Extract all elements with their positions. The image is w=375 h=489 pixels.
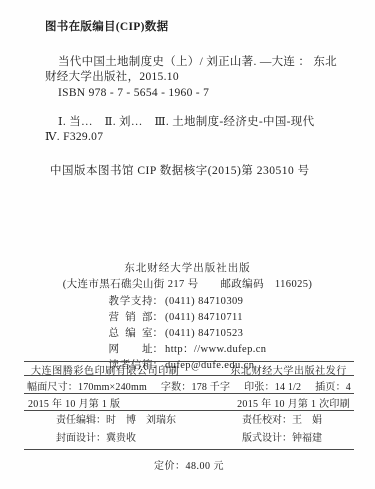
staff-row-editors: 责任编辑：时 博 刘瑞东 责任校对：王 娟 (56, 414, 322, 427)
cip-block: 图书在版编目(CIP)数据 当代中国土地制度史（上）/ 刘正山著. —大连 ： … (45, 20, 359, 179)
staff-label: 封面设计： (56, 433, 106, 444)
spec-inserts: 插页：4 (315, 378, 351, 393)
spec-sheets: 印张：14 1/2 (244, 378, 301, 393)
cip-classification-line2: Ⅳ. F329.07 (45, 130, 359, 145)
distributor-name: 东北财经大学出版社发行 (230, 362, 347, 377)
cip-header: 图书在版编目(CIP)数据 (45, 20, 359, 35)
publisher-address: (大连市黑石礁尖山街 217 号 邮政编码 116025) (0, 277, 375, 292)
spec-dimensions: 幅面尺寸：170mm×240mm (27, 378, 147, 393)
contact-label: 总编室 (109, 326, 153, 342)
publisher-block: 东北财经大学出版社出版 (大连市黑石礁尖山街 217 号 邮政编码 116025… (0, 261, 375, 374)
staff-label: 版式设计： (242, 433, 292, 444)
contact-value: (0411) 84710523 (165, 328, 243, 339)
edition-info: 2015 年 10 月第 1 版 (28, 395, 120, 410)
contact-label: 营销部 (109, 310, 153, 326)
printer-name: 大连图腾彩色印刷有限公司印刷 (31, 362, 179, 377)
printing-info: 2015 年 10 月第 1 次印刷 (237, 395, 350, 410)
book-copyright-page: 图书在版编目(CIP)数据 当代中国土地制度史（上）/ 刘正山著. —大连 ： … (0, 0, 375, 489)
staff-row-designers: 封面设计：冀贵收 版式设计：钟福建 (56, 432, 322, 445)
cip-record-number: 中国版本图书馆 CIP 数据核字(2015)第 230510 号 (45, 164, 359, 179)
contact-label: 网址 (109, 342, 153, 358)
staff-value: 钟福建 (292, 433, 322, 444)
contact-colon: ： (153, 294, 164, 310)
contact-row-marketing: 营销部：(0411) 84710711 (109, 310, 267, 326)
contact-row-editorial-office: 总编室：(0411) 84710523 (109, 326, 267, 342)
cip-classification-line1: Ⅰ. 当… Ⅱ. 刘… Ⅲ. 土地制度-经济史-中国-现代 (45, 115, 359, 130)
contact-row-website: 网址：http：//www.dufep.cn (109, 342, 267, 358)
print-specs-row: 幅面尺寸：170mm×240mm 字数：178 千字 印张：14 1/2 插页：… (24, 376, 354, 393)
edition-row: 2015 年 10 月第 1 版 2015 年 10 月第 1 次印刷 (24, 394, 354, 410)
cover-designer: 封面设计：冀贵收 (56, 432, 136, 445)
publisher-imprint: 东北财经大学出版社出版 (0, 261, 375, 276)
contact-colon: ： (153, 342, 164, 358)
layout-designer: 版式设计：钟福建 (242, 432, 322, 445)
staff-value: 时 博 刘瑞东 (106, 415, 176, 426)
staff-value: 冀贵收 (106, 433, 136, 444)
contact-colon: ： (153, 326, 164, 342)
contact-label: 教学支持 (109, 294, 153, 310)
responsible-proofreader: 责任校对：王 娟 (242, 414, 322, 427)
staff-label: 责任编辑： (56, 415, 106, 426)
price-line: 定价：48.00 元 (24, 457, 354, 472)
contact-colon: ： (153, 310, 164, 326)
colophon-table: 大连图腾彩色印刷有限公司印刷 东北财经大学出版社发行 幅面尺寸：170mm×24… (24, 361, 354, 472)
cip-title-line1: 当代中国土地制度史（上）/ 刘正山著. —大连 ： 东北 (45, 55, 359, 70)
spec-word-count: 字数：178 千字 (161, 378, 230, 393)
contact-value: (0411) 84710711 (165, 312, 243, 323)
staff-label: 责任校对： (242, 415, 292, 426)
website-url: http：//www.dufep.cn (165, 344, 266, 355)
contact-value: (0411) 84710309 (165, 296, 243, 307)
cip-title-line2: 财经大学出版社，2015.10 (45, 70, 359, 85)
isbn-line: ISBN 978 - 7 - 5654 - 1960 - 7 (45, 86, 359, 101)
responsible-editor: 责任编辑：时 博 刘瑞东 (56, 414, 176, 427)
staff-value: 王 娟 (292, 415, 322, 426)
horizontal-rule (24, 449, 354, 450)
contact-row-teaching-support: 教学支持：(0411) 84710309 (109, 294, 267, 310)
printer-distributor-row: 大连图腾彩色印刷有限公司印刷 东北财经大学出版社发行 (24, 362, 354, 375)
staff-credits: 责任编辑：时 博 刘瑞东 责任校对：王 娟 封面设计：冀贵收 版式设计：钟福建 (24, 411, 354, 449)
